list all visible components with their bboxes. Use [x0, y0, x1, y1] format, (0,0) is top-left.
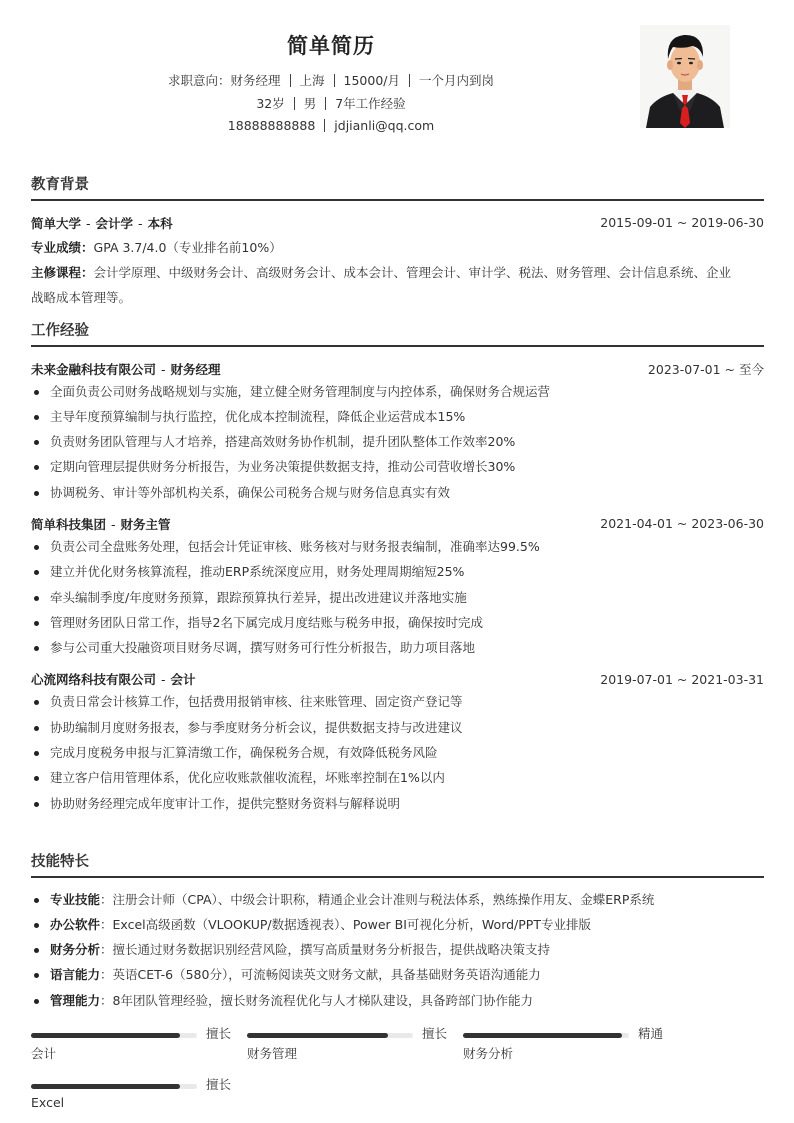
dash: -: [111, 517, 116, 532]
job-header: 简单科技集团-财务主管 2021-04-01 ~ 2023-06-30: [31, 514, 764, 534]
job-intent-line: 求职意向：财务经理上海15000/月一个月内到岗: [31, 71, 631, 89]
section-title-work: 工作经验: [31, 320, 764, 342]
skill-name: 财务管理: [247, 1044, 297, 1062]
section-divider: [31, 199, 764, 201]
skill-track: [247, 1033, 413, 1038]
list-item: 牵头编制季度/年度财务预算，跟踪预算执行差异，提出改进建议并落地实施: [31, 585, 764, 610]
experience-years: 7年工作经验: [335, 96, 405, 111]
list-item: 定期向管理层提供财务分析报告，为业务决策提供数据支持，推动公司营收增长30%: [31, 454, 764, 479]
skills-list: 专业技能：注册会计师（CPA）、中级会计职称，精通企业会计准则与税法体系，熟练操…: [31, 887, 764, 1013]
grade-label: 专业成绩：: [31, 240, 94, 255]
courses-value: 会计学原理、中级财务会计、高级财务会计、成本会计、管理会计、审计学、税法、财务管…: [94, 265, 732, 280]
skill-text: ：注册会计师（CPA）、中级会计职称，精通企业会计准则与税法体系，熟练操作用友、…: [100, 892, 654, 907]
education-entry-title: 简单大学-会计学-本科: [31, 214, 173, 232]
job-date: 2019-07-01 ~ 2021-03-31: [600, 672, 764, 687]
education-entry-header: 简单大学-会计学-本科 2015-09-01 ~ 2019-06-30: [31, 213, 764, 233]
list-item: 建立并优化财务核算流程，推动ERP系统深度应用，财务处理周期缩短25%: [31, 559, 764, 584]
skill-text: ：擅长通过财务数据识别经营风险，撰写高质量财务分析报告，提供战略决策支持: [100, 942, 550, 957]
list-item: 负责公司全盘账务处理，包括会计凭证审核、账务核对与财务报表编制，准确率达99.5…: [31, 534, 764, 559]
skill-label: 语言能力: [50, 967, 100, 982]
list-item: 参与公司重大投融资项目财务尽调，撰写财务可行性分析报告，助力项目落地: [31, 635, 764, 660]
company-name: 心流网络科技有限公司: [31, 672, 156, 687]
courses-label: 主修课程：: [31, 265, 94, 280]
skill-level: 擅长: [422, 1024, 447, 1042]
skill-label: 专业技能: [50, 892, 100, 907]
list-item: 管理能力：8年团队管理经验，擅长财务流程优化与人才梯队建设，具备跨部门协作能力: [31, 988, 764, 1013]
degree: 本科: [148, 216, 173, 231]
job-entry: 心流网络科技有限公司-会计 2019-07-01 ~ 2021-03-31 负责…: [31, 669, 764, 815]
job-bullets: 全面负责公司财务战略规划与实施，建立健全财务管理制度与内控体系，确保财务合规运营…: [31, 379, 764, 505]
gender: 男: [304, 96, 317, 111]
age: 32岁: [256, 96, 284, 111]
job-date: 2021-04-01 ~ 2023-06-30: [600, 516, 764, 531]
separator: [294, 97, 295, 110]
job-role: 财务主管: [121, 517, 171, 532]
dash: -: [86, 216, 91, 231]
phone: 18888888888: [228, 118, 315, 133]
portrait-photo-icon: [640, 25, 730, 128]
separator: [324, 119, 325, 132]
skill-name: 会计: [31, 1044, 56, 1062]
skill-bar-accounting: 擅长 会计: [31, 1024, 241, 1064]
separator: [325, 97, 326, 110]
skill-fill: [247, 1033, 388, 1038]
list-item: 负责日常会计核算工作，包括费用报销审核、往来账管理、固定资产登记等: [31, 689, 764, 714]
contact-line: 18888888888jdjianli@qq.com: [31, 118, 631, 133]
company-name: 简单科技集团: [31, 517, 106, 532]
skill-level: 擅长: [206, 1075, 231, 1093]
skill-bar-financial-management: 擅长 财务管理: [247, 1024, 457, 1064]
intent-availability: 一个月内到岗: [419, 73, 494, 88]
list-item: 全面负责公司财务战略规划与实施，建立健全财务管理制度与内控体系，确保财务合规运营: [31, 379, 764, 404]
list-item: 负责财务团队管理与人才培养，搭建高效财务协作机制，提升团队整体工作效率20%: [31, 429, 764, 454]
intent-salary: 15000/月: [344, 73, 400, 88]
section-divider: [31, 876, 764, 878]
job-date: 2023-07-01 ~ 至今: [648, 360, 764, 378]
company-name: 未来金融科技有限公司: [31, 362, 156, 377]
job-header: 心流网络科技有限公司-会计 2019-07-01 ~ 2021-03-31: [31, 669, 764, 689]
list-item: 财务分析：擅长通过财务数据识别经营风险，撰写高质量财务分析报告，提供战略决策支持: [31, 937, 764, 962]
school-name: 简单大学: [31, 216, 81, 231]
major: 会计学: [96, 216, 134, 231]
skill-fill: [463, 1033, 622, 1038]
skill-track: [31, 1033, 197, 1038]
courses-line: 主修课程：会计学原理、中级财务会计、高级财务会计、成本会计、管理会计、审计学、税…: [31, 260, 764, 285]
separator: [334, 74, 335, 87]
skills-section: 技能特长 专业技能：注册会计师（CPA）、中级会计职称，精通企业会计准则与税法体…: [31, 851, 764, 1013]
courses-line-cont: 战略成本管理等。: [31, 285, 764, 310]
job-entry: 未来金融科技有限公司-财务经理 2023-07-01 ~ 至今 全面负责公司财务…: [31, 359, 764, 505]
education-section: 教育背景 简单大学-会计学-本科 2015-09-01 ~ 2019-06-30…: [31, 174, 764, 310]
skill-text: ：英语CET-6（580分），可流畅阅读英文财务文献，具备基础财务英语沟通能力: [100, 967, 541, 982]
list-item: 协调税务、审计等外部机构关系，确保公司税务合规与财务信息真实有效: [31, 480, 764, 505]
skill-level: 精通: [638, 1024, 663, 1042]
personal-info-line: 32岁男7年工作经验: [31, 94, 631, 112]
list-item: 管理财务团队日常工作，指导2名下属完成月度结账与税务申报，确保按时完成: [31, 610, 764, 635]
work-section: 工作经验 未来金融科技有限公司-财务经理 2023-07-01 ~ 至今 全面负…: [31, 320, 764, 816]
dash: -: [161, 362, 166, 377]
resume-title: 简单简历: [31, 30, 631, 60]
skill-label: 管理能力: [50, 993, 100, 1008]
email: jdjianli@qq.com: [334, 118, 434, 133]
skill-bar-excel: 擅长 Excel: [31, 1075, 241, 1115]
list-item: 完成月度税务申报与汇算清缴工作，确保税务合规，有效降低税务风险: [31, 740, 764, 765]
resume-header: 简单简历 求职意向：财务经理上海15000/月一个月内到岗 32岁男7年工作经验…: [31, 0, 764, 160]
separator: [290, 74, 291, 87]
intent-job: 财务经理: [230, 73, 280, 88]
job-title: 简单科技集团-财务主管: [31, 515, 171, 533]
skill-text: ：8年团队管理经验，擅长财务流程优化与人才梯队建设，具备跨部门协作能力: [100, 993, 533, 1008]
section-divider: [31, 345, 764, 347]
list-item: 办公软件：Excel高级函数（VLOOKUP/数据透视表）、Power BI可视…: [31, 912, 764, 937]
skill-text: ：Excel高级函数（VLOOKUP/数据透视表）、Power BI可视化分析，…: [100, 917, 591, 932]
dash: -: [161, 672, 166, 687]
list-item: 主导年度预算编制与执行监控，优化成本控制流程，降低企业运营成本15%: [31, 404, 764, 429]
skill-track: [31, 1084, 197, 1089]
section-title-education: 教育背景: [31, 174, 764, 196]
grade-line: 专业成绩：GPA 3.7/4.0（专业排名前10%）: [31, 235, 764, 260]
job-header: 未来金融科技有限公司-财务经理 2023-07-01 ~ 至今: [31, 359, 764, 379]
dash: -: [138, 216, 143, 231]
list-item: 专业技能：注册会计师（CPA）、中级会计职称，精通企业会计准则与税法体系，熟练操…: [31, 887, 764, 912]
intent-city: 上海: [300, 73, 325, 88]
section-title-skills: 技能特长: [31, 851, 764, 873]
grade-value: GPA 3.7/4.0（专业排名前10%）: [94, 240, 282, 255]
skill-track: [463, 1033, 629, 1038]
skill-label: 办公软件: [50, 917, 100, 932]
list-item: 建立客户信用管理体系，优化应收账款催收流程，坏账率控制在1%以内: [31, 765, 764, 790]
skill-fill: [31, 1033, 180, 1038]
skill-name: 财务分析: [463, 1044, 513, 1062]
job-entry: 简单科技集团-财务主管 2021-04-01 ~ 2023-06-30 负责公司…: [31, 514, 764, 660]
job-bullets: 负责公司全盘账务处理，包括会计凭证审核、账务核对与财务报表编制，准确率达99.5…: [31, 534, 764, 660]
list-item: 协助财务经理完成年度审计工作，提供完整财务资料与解释说明: [31, 791, 764, 816]
avatar: [640, 25, 730, 128]
intent-label: 求职意向：: [168, 73, 231, 88]
skill-name: Excel: [31, 1095, 64, 1110]
job-title: 未来金融科技有限公司-财务经理: [31, 360, 221, 378]
job-role: 会计: [171, 672, 196, 687]
job-title: 心流网络科技有限公司-会计: [31, 670, 196, 688]
education-date: 2015-09-01 ~ 2019-06-30: [600, 215, 764, 230]
skill-fill: [31, 1084, 180, 1089]
job-role: 财务经理: [171, 362, 221, 377]
skill-level: 擅长: [206, 1024, 231, 1042]
separator: [409, 74, 410, 87]
resume-page: 简单简历 求职意向：财务经理上海15000/月一个月内到岗 32岁男7年工作经验…: [31, 0, 764, 160]
skill-bar-financial-analysis: 精通 财务分析: [463, 1024, 673, 1064]
job-bullets: 负责日常会计核算工作，包括费用报销审核、往来账管理、固定资产登记等 协助编制月度…: [31, 689, 764, 815]
skill-label: 财务分析: [50, 942, 100, 957]
list-item: 语言能力：英语CET-6（580分），可流畅阅读英文财务文献，具备基础财务英语沟…: [31, 962, 764, 987]
list-item: 协助编制月度财务报表，参与季度财务分析会议，提供数据支持与改进建议: [31, 715, 764, 740]
